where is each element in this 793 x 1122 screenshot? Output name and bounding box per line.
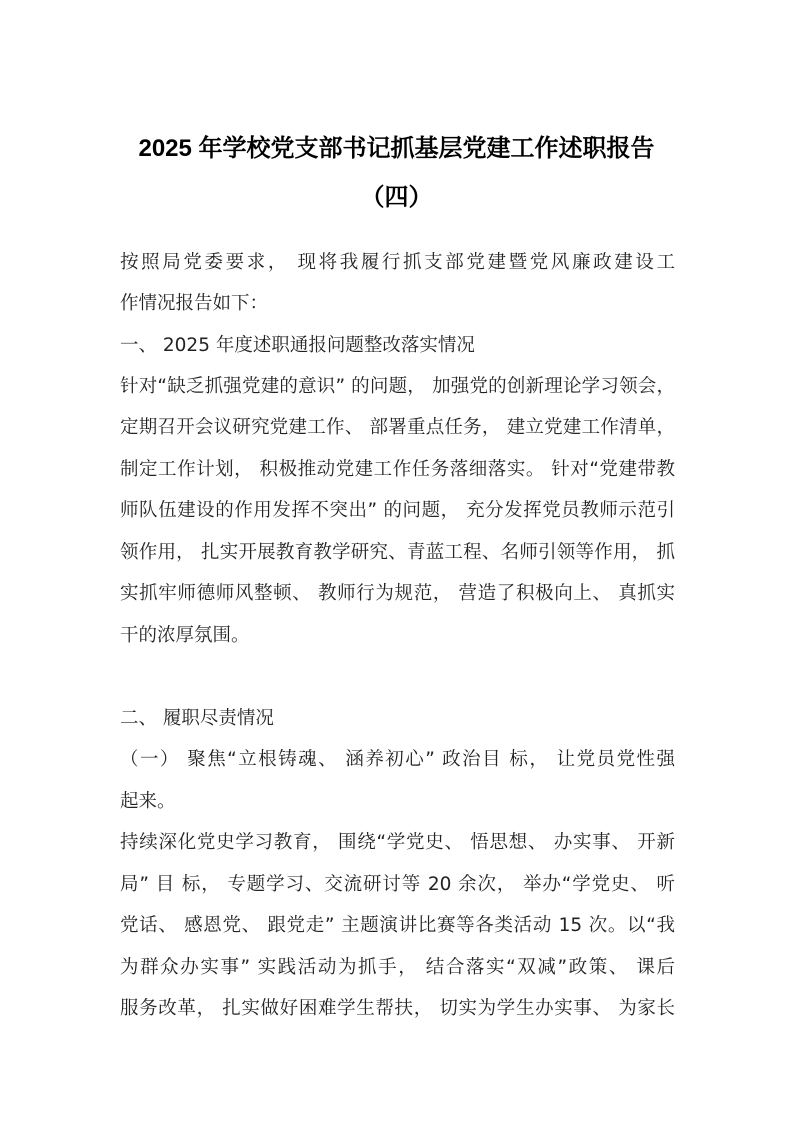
paragraph-line: 起来。 — [120, 790, 675, 814]
paragraph-line: 制定工作计划， 积极推动党建工作任务落细落实。 针对“党建带教 — [120, 458, 675, 482]
paragraph-line: 持续深化党史学习教育， 围绕“学党史、 悟思想、 办实事、 开新 — [120, 831, 675, 855]
paragraph-line: 师队伍建设的作用发挥不突出” 的问题， 充分发挥党员教师示范引 — [120, 499, 675, 523]
document-subtitle: （四） — [0, 177, 793, 212]
section-heading-1: 一、 2025 年度述职通报问题整改落实情况 — [120, 334, 675, 358]
paragraph-line: 针对“缺乏抓强党建的意识” 的问题， 加强党的创新理论学习领会， — [120, 375, 675, 399]
paragraph-line: 定期召开会议研究党建工作、 部署重点任务， 建立党建工作清单， — [120, 416, 675, 440]
document-title: 2025 年学校党支部书记抓基层党建工作述职报告 — [0, 128, 793, 163]
subsection-heading: （一） 聚焦“立根铸魂、 涵养初心” 政治目 标， 让党员党性强 — [120, 748, 675, 772]
paragraph-line: 作情况报告如下： — [120, 292, 675, 316]
section-heading-2: 二、 履职尽责情况 — [120, 707, 675, 731]
paragraph-line: 实抓牢师德师风整顿、 教师行为规范， 营造了积极向上、 真抓实 — [120, 582, 675, 606]
paragraph-line: 服务改革， 扎实做好困难学生帮扶， 切实为学生办实事、 为家长 — [120, 997, 675, 1021]
paragraph-line: 党话、 感恩党、 跟党走” 主题演讲比赛等各类活动 15 次。以“我 — [120, 914, 675, 938]
paragraph-line: 领作用， 扎实开展教育教学研究、青蓝工程、名师引领等作用， 抓 — [120, 541, 675, 565]
paragraph-line: 局” 目 标， 专题学习、交流研讨等 20 余次， 举办“学党史、 听 — [120, 873, 675, 897]
paragraph-line: 按照局党委要求， 现将我履行抓支部党建暨党风廉政建设工 — [120, 251, 675, 275]
paragraph-line: 为群众办实事” 实践活动为抓手， 结合落实“双减”政策、 课后 — [120, 956, 675, 980]
paragraph-line: 干的浓厚氛围。 — [120, 624, 675, 648]
